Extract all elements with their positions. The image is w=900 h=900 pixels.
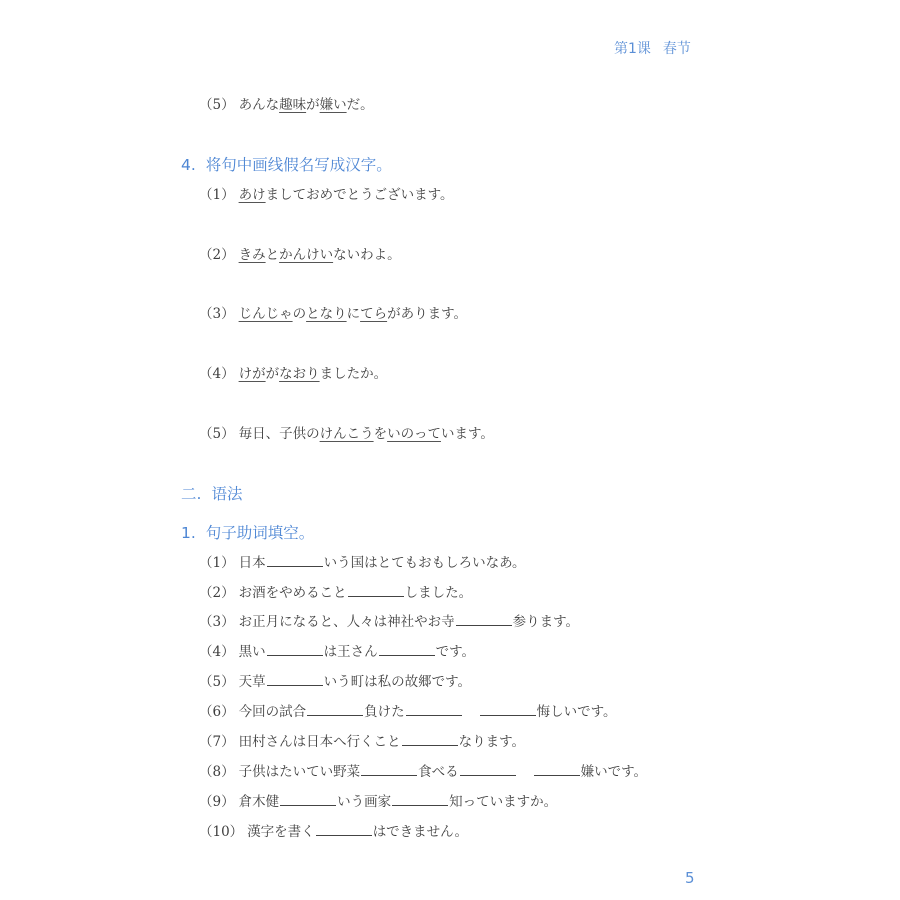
underlined-text: あけ (239, 187, 266, 203)
underlined-text: となり (306, 306, 347, 322)
item-number: （5） (199, 426, 235, 442)
text: だ。 (347, 97, 374, 113)
fill-in-blank[interactable] (480, 703, 536, 716)
item-number: （1） (199, 187, 235, 203)
item-number: （4） (199, 644, 235, 660)
exercise-item: （7）田村さんは日本へ行くことなります。 (199, 730, 525, 750)
section-heading: 4.将句中画线假名写成汉字。 (181, 153, 392, 175)
item-number: （1） (199, 555, 235, 571)
exercise-title: 句子助词填空。 (206, 524, 315, 542)
text: 今回の試合 (239, 704, 307, 720)
item-number: （3） (199, 306, 235, 322)
exercise-item: （3）じんじゃのとなりにてらがあります。 (199, 302, 467, 322)
underlined-text: いのって (387, 426, 441, 442)
item-number: （4） (199, 366, 235, 382)
text: 嫌いです。 (581, 764, 647, 780)
text: 日本 (239, 555, 266, 571)
underlined-text: かんけい (279, 247, 333, 263)
item-number: （2） (199, 247, 235, 263)
text: を (374, 426, 388, 442)
text: 漢字を書く (247, 824, 315, 840)
text: の (293, 306, 307, 322)
text: は王さん (324, 644, 378, 660)
item-number: （10） (199, 824, 243, 840)
text: ましたか。 (320, 366, 388, 382)
fill-in-blank[interactable] (534, 763, 580, 776)
item-number: （2） (199, 585, 235, 601)
fill-in-blank[interactable] (402, 733, 458, 746)
fill-in-blank[interactable] (392, 793, 448, 806)
fill-in-blank[interactable] (406, 703, 462, 716)
exercise-item: （4）けががなおりましたか。 (199, 362, 387, 382)
text: に (347, 306, 361, 322)
section-title: 将句中画线假名写成汉字。 (206, 156, 392, 174)
fill-in-blank[interactable] (316, 823, 372, 836)
fill-in-blank[interactable] (379, 643, 435, 656)
lesson-title: 春节 (663, 41, 691, 57)
section-heading: 二.语法 (181, 482, 242, 504)
text: お酒をやめること (239, 585, 347, 601)
item-number: （5） (199, 97, 235, 113)
page-number: 5 (685, 869, 695, 887)
text: いう町は私の故郷です。 (324, 674, 471, 690)
exercise-item: （2）きみとかんけいないわよ。 (199, 243, 401, 263)
item-number: （6） (199, 704, 235, 720)
running-header: 第1课春节 (614, 38, 691, 58)
text: いう国はとてもおもしろいなあ。 (324, 555, 526, 571)
exercise-item: （6）今回の試合負けた悔しいです。 (199, 700, 617, 720)
text: お正月になると、人々は神社やお寺 (239, 614, 455, 630)
exercise-heading: 1.句子助词填空。 (181, 521, 314, 543)
text: 天草 (239, 674, 266, 690)
exercise-number: 1. (181, 524, 196, 542)
text: 倉木健 (239, 794, 280, 810)
text: があります。 (387, 306, 467, 322)
fill-in-blank[interactable] (460, 763, 516, 776)
text: 知っていますか。 (449, 794, 557, 810)
exercise-item: （1）日本いう国はとてもおもしろいなあ。 (199, 551, 526, 571)
exercise-item: （2）お酒をやめることしました。 (199, 581, 472, 601)
fill-in-blank[interactable] (456, 613, 512, 626)
fill-in-blank[interactable] (280, 793, 336, 806)
underlined-text: なおり (279, 366, 320, 382)
text: しました。 (405, 585, 473, 601)
exercise-item: （4）黒いは王さんです。 (199, 640, 475, 660)
underlined-text: 嫌い (320, 97, 347, 113)
underlined-text: けんこう (320, 426, 374, 442)
textbook-page: 第1课春节 （5）あんな趣味が嫌いだ。 4.将句中画线假名写成汉字。 （1）あけ… (0, 0, 900, 900)
exercise-item: （8）子供はたいてい野菜食べる嫌いです。 (199, 760, 647, 780)
text: 田村さんは日本へ行くこと (239, 734, 401, 750)
text: 負けた (364, 704, 405, 720)
section-number: 4. (181, 156, 196, 174)
item-number: （8） (199, 764, 235, 780)
text: 毎日、子供の (239, 426, 320, 442)
fill-in-blank[interactable] (267, 643, 323, 656)
underlined-text: てら (360, 306, 387, 322)
fill-in-blank[interactable] (361, 763, 417, 776)
exercise-item: （5）あんな趣味が嫌いだ。 (199, 93, 374, 113)
text: いう画家 (337, 794, 391, 810)
text: 子供はたいてい野菜 (239, 764, 361, 780)
exercise-item: （3）お正月になると、人々は神社やお寺参ります。 (199, 610, 579, 630)
text: あんな (239, 97, 280, 113)
section-number: 二. (181, 485, 201, 503)
item-number: （5） (199, 674, 235, 690)
text: が (266, 366, 280, 382)
text: が (306, 97, 320, 113)
lesson-number: 第1课 (614, 41, 651, 57)
exercise-item: （5）天草いう町は私の故郷です。 (199, 670, 471, 690)
text: 悔しいです。 (537, 704, 617, 720)
item-number: （7） (199, 734, 235, 750)
text: ましておめでとうございます。 (266, 187, 454, 203)
fill-in-blank[interactable] (348, 584, 404, 597)
underlined-text: けが (239, 366, 266, 382)
text: 参ります。 (513, 614, 579, 630)
text: なります。 (459, 734, 525, 750)
fill-in-blank[interactable] (307, 703, 363, 716)
text: 黒い (239, 644, 266, 660)
exercise-item: （1）あけましておめでとうございます。 (199, 183, 454, 203)
item-number: （9） (199, 794, 235, 810)
item-number: （3） (199, 614, 235, 630)
exercise-item: （10）漢字を書くはできません。 (199, 820, 468, 840)
exercise-item: （5）毎日、子供のけんこうをいのっています。 (199, 422, 494, 442)
underlined-text: 趣味 (279, 97, 306, 113)
fill-in-blank[interactable] (267, 554, 323, 567)
underlined-text: きみ (239, 247, 266, 263)
fill-in-blank[interactable] (267, 673, 323, 686)
text: ないわよ。 (333, 247, 401, 263)
text: 食べる (418, 764, 459, 780)
exercise-item: （9）倉木健いう画家知っていますか。 (199, 790, 557, 810)
text: と (266, 247, 280, 263)
text: います。 (441, 426, 494, 442)
text: です。 (436, 644, 475, 660)
text: はできません。 (373, 824, 468, 840)
section-title: 语法 (211, 485, 242, 503)
underlined-text: じんじゃ (239, 306, 293, 322)
